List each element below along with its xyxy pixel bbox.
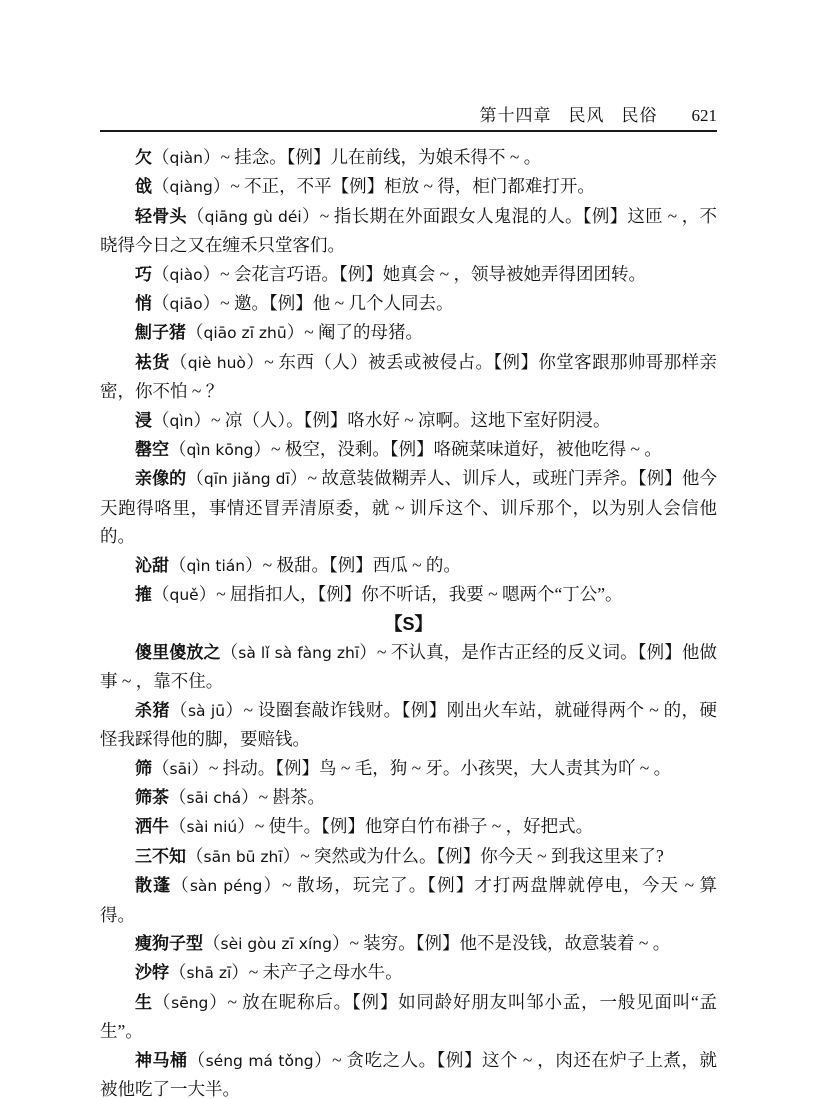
paren-open: （ — [169, 816, 187, 836]
entry-definition: ~ 阉了的母猪。 — [304, 322, 423, 342]
entry-headword: 筛 — [135, 759, 152, 778]
section-label-b: 民俗 — [622, 106, 658, 126]
paren-open: （ — [171, 875, 190, 895]
entry-pinyin: sà jū — [188, 702, 225, 720]
entry-definition: ~ 会花言巧语。【例】她真会 ~ ，领导被她弄得团团转。 — [220, 264, 646, 284]
dictionary-entry: 袪货（qiè huò）~ 东西（人）被丢或被侵占。【例】你堂客跟那帅哥那样亲密，… — [100, 348, 717, 406]
entry-definition: ~ 未产子之母水牛。 — [249, 962, 403, 982]
entry-headword: 亲像的 — [135, 469, 186, 488]
dictionary-entry: 杀猪（sà jū）~ 设圈套敲诈钱财。【例】刚出火车站，就碰得两个 ~ 的，硬怪… — [100, 696, 717, 754]
entry-definition: ~ 凉（人）。【例】咯水好 ~ 凉啊。这地下室好阴浸。 — [211, 410, 611, 430]
paren-open: （ — [186, 322, 204, 342]
dictionary-entry: 浸（qìn）~ 凉（人）。【例】咯水好 ~ 凉啊。这地下室好阴浸。 — [100, 406, 717, 435]
running-head: 第十四章民风民俗 621 — [100, 0, 717, 132]
paren-open: （ — [152, 147, 170, 167]
paren-open: （ — [186, 846, 204, 866]
dictionary-entry: 轻骨头（qiāng gù déi）~ 指长期在外面跟女人鬼混的人。【例】这匝 ~… — [100, 202, 717, 260]
entry-definition: ~ 挂念。【例】儿在前线，为娘禾得不 ~ 。 — [220, 147, 541, 167]
paren-open: （ — [169, 439, 187, 459]
paren-close: ） — [191, 758, 209, 778]
dictionary-entry: 筛（sāi）~ 抖动。【例】鸟 ~ 毛，狗 ~ 牙。小孩哭，大人责其为吖 ~ 。 — [100, 754, 717, 783]
dictionary-entry: 沁甜（qìn tián）~ 极甜。【例】西瓜 ~ 的。 — [100, 551, 717, 580]
entry-headword: 杀猪 — [135, 701, 170, 720]
paren-open: （ — [153, 992, 171, 1012]
entry-pinyin: sēng — [171, 994, 208, 1012]
section-label-a: 民风 — [569, 106, 605, 126]
entry-pinyin: sāi chá — [187, 789, 242, 807]
entry-definition: ~ 突然或为什么。【例】你今天 ~ 到我这里来了? — [300, 846, 664, 866]
entry-headword: 轻骨头 — [135, 207, 187, 226]
entry-pinyin: qìn tián — [187, 557, 246, 575]
dictionary-entry: 神马桶（séng má tǒng）~ 贪吃之人。【例】这个 ~ ，肉还在炉子上煮… — [100, 1046, 717, 1099]
paren-close: ） — [225, 700, 243, 720]
entry-definition: ~ 邀。【例】他 ~ 几个人同去。 — [220, 293, 453, 313]
paren-open: （ — [152, 410, 170, 430]
dictionary-entry: 傻里傻放之（sà lǐ sà fàng zhī）~ 不认真，是作古正经的反义词。… — [100, 638, 717, 696]
dictionary-entry: 劁子猪（qiāo zī zhū）~ 阉了的母猪。 — [100, 318, 717, 347]
paren-open: （ — [152, 584, 170, 604]
paren-close: ） — [203, 264, 221, 284]
entry-pinyin: qiè huò — [188, 354, 246, 372]
entry-headword: 劁子猪 — [135, 323, 186, 342]
entry-headword: 欠 — [135, 148, 152, 167]
dictionary-entry: 筛茶（sāi chá）~ 斟茶。 — [100, 783, 717, 812]
entry-headword: 搉 — [135, 585, 152, 604]
section-divider: 【S】 — [100, 610, 717, 638]
paren-close: ） — [246, 352, 264, 372]
paren-open: （ — [152, 293, 170, 313]
entry-headword: 罄空 — [135, 440, 169, 459]
entry-headword: 筛茶 — [135, 788, 169, 807]
entry-pinyin: qiāng gù déi — [205, 208, 302, 226]
paren-open: （ — [169, 555, 187, 575]
paren-open: （ — [203, 933, 221, 953]
entry-pinyin: sèi gòu zī xíng — [221, 935, 332, 953]
entry-pinyin: qīn jiǎng dī — [204, 470, 290, 488]
paren-open: （ — [188, 1050, 206, 1070]
paren-open: （ — [221, 642, 239, 662]
entry-headword: 悄 — [135, 294, 152, 313]
paren-open: （ — [170, 700, 188, 720]
entry-definition: ~ 装穷。【例】他不是没钱，故意装着 ~ 。 — [349, 933, 670, 953]
paren-close: ） — [332, 933, 350, 953]
dictionary-entry: 生（sēng）~ 放在昵称后。【例】如同龄好朋友叫邹小孟，一般见面叫“孟生”。 — [100, 988, 717, 1046]
paren-close: ） — [231, 962, 249, 982]
entry-headword: 神马桶 — [135, 1051, 188, 1070]
paren-open: （ — [152, 758, 170, 778]
entry-pinyin: sān bū zhī — [204, 848, 283, 866]
entry-headword: 傻里傻放之 — [135, 643, 221, 662]
entry-headword: 巧 — [135, 265, 152, 284]
entry-definition: ~ 抖动。【例】鸟 ~ 毛，狗 ~ 牙。小孩哭，大人责其为吖 ~ 。 — [209, 758, 671, 778]
paren-close: ） — [262, 875, 282, 895]
entry-headword: 沙牸 — [135, 963, 169, 982]
paren-close: ） — [302, 206, 320, 226]
entry-headword: 戗 — [135, 177, 152, 196]
entry-pinyin: qiàng — [170, 178, 213, 196]
entry-headword: 袪货 — [135, 353, 170, 372]
dictionary-entry: 洒牛（sài niú）~ 使牛。【例】他穿白竹布褂子 ~ ，好把式。 — [100, 812, 717, 841]
paren-close: ） — [283, 846, 301, 866]
entry-definition: ~ 屈指扣人，【例】你不听话，我要 ~ 嗯两个“丁公”。 — [216, 584, 622, 604]
dictionary-entry: 巧（qiào）~ 会花言巧语。【例】她真会 ~ ，领导被她弄得团团转。 — [100, 260, 717, 289]
paren-close: ） — [193, 410, 211, 430]
paren-close: ） — [254, 439, 272, 459]
entry-pinyin: qiāo — [170, 295, 203, 313]
dictionary-entry: 瘦狗子型（sèi gòu zī xíng）~ 装穷。【例】他不是没钱，故意装着 … — [100, 929, 717, 958]
paren-open: （ — [169, 787, 187, 807]
paren-close: ） — [237, 816, 255, 836]
paren-open: （ — [186, 468, 204, 488]
paren-open: （ — [152, 176, 170, 196]
dictionary-entry: 散蓬（sàn péng）~ 散场，玩完了。【例】才打两盘牌就停电，今天 ~ 算得… — [100, 871, 717, 929]
page-number: 621 — [692, 106, 718, 126]
paren-close: ） — [287, 322, 305, 342]
entry-definition: ~ 不正，不平【例】柜放 ~ 得，柜门都难打开。 — [230, 176, 595, 196]
paren-open: （ — [152, 264, 170, 284]
paren-close: ） — [203, 147, 221, 167]
dictionary-entry: 戗（qiàng）~ 不正，不平【例】柜放 ~ 得，柜门都难打开。 — [100, 172, 717, 201]
entry-pinyin: shā zī — [187, 964, 232, 982]
paren-open: （ — [169, 962, 187, 982]
chapter-label: 第十四章 — [480, 106, 552, 126]
entry-definition: ~ 极空，没剩。【例】咯碗菜味道好，被他吃得 ~ 。 — [271, 439, 662, 459]
entry-pinyin: sà lǐ sà fàng zhī — [238, 644, 359, 662]
paren-open: （ — [170, 352, 188, 372]
entry-headword: 散蓬 — [135, 876, 171, 895]
entry-pinyin: sàn péng — [190, 877, 262, 895]
entry-pinyin: qiāo zī zhū — [204, 324, 287, 342]
paren-close: ） — [213, 176, 231, 196]
paren-close: ） — [203, 293, 221, 313]
paren-close: ） — [245, 555, 263, 575]
paren-close: ） — [359, 642, 377, 662]
entry-pinyin: sài niú — [187, 818, 238, 836]
page-content: 第十四章民风民俗 621 欠（qiàn）~ 挂念。【例】儿在前线，为娘禾得不 ~… — [100, 0, 717, 1099]
entry-headword: 沁甜 — [135, 556, 169, 575]
entry-headword: 三不知 — [135, 847, 186, 866]
paren-close: ） — [241, 787, 259, 807]
dictionary-entry: 三不知（sān bū zhī）~ 突然或为什么。【例】你今天 ~ 到我这里来了? — [100, 842, 717, 871]
entry-definition: ~ 斟茶。 — [259, 787, 325, 807]
entry-pinyin: qiàn — [170, 149, 203, 167]
entry-definition: ~ 极甜。【例】西瓜 ~ 的。 — [263, 555, 461, 575]
entry-pinyin: qìn kōng — [187, 441, 254, 459]
dictionary-entry: 亲像的（qīn jiǎng dī）~ 故意装做糊弄人、训斥人，或班门弄斧。【例】… — [100, 464, 717, 550]
entries-list: 欠（qiàn）~ 挂念。【例】儿在前线，为娘禾得不 ~ 。戗（qiàng）~ 不… — [100, 132, 717, 1099]
dictionary-entry: 沙牸（shā zī）~ 未产子之母水牛。 — [100, 958, 717, 987]
paren-close: ） — [199, 584, 217, 604]
entry-pinyin: quě — [170, 586, 199, 604]
dictionary-entry: 悄（qiāo）~ 邀。【例】他 ~ 几个人同去。 — [100, 289, 717, 318]
paren-close: ） — [208, 992, 227, 1012]
dictionary-page: 第十四章民风民俗 621 欠（qiàn）~ 挂念。【例】儿在前线，为娘禾得不 ~… — [0, 0, 816, 1099]
dictionary-entry: 搉（quě）~ 屈指扣人，【例】你不听话，我要 ~ 嗯两个“丁公”。 — [100, 580, 717, 609]
dictionary-entry: 欠（qiàn）~ 挂念。【例】儿在前线，为娘禾得不 ~ 。 — [100, 143, 717, 172]
entry-headword: 瘦狗子型 — [135, 934, 203, 953]
paren-open: （ — [187, 206, 205, 226]
dictionary-entry: 罄空（qìn kōng）~ 极空，没剩。【例】咯碗菜味道好，被他吃得 ~ 。 — [100, 435, 717, 464]
paren-close: ） — [290, 468, 308, 488]
entry-pinyin: sāi — [170, 760, 192, 778]
entry-pinyin: qìn — [170, 412, 194, 430]
entry-pinyin: qiào — [170, 266, 203, 284]
entry-headword: 生 — [135, 993, 153, 1012]
entry-headword: 洒牛 — [135, 817, 169, 836]
paren-close: ） — [314, 1050, 333, 1070]
entry-definition: ~ 使牛。【例】他穿白竹布褂子 ~ ，好把式。 — [255, 816, 593, 836]
entry-pinyin: séng má tǒng — [206, 1052, 314, 1070]
entry-headword: 浸 — [135, 411, 152, 430]
